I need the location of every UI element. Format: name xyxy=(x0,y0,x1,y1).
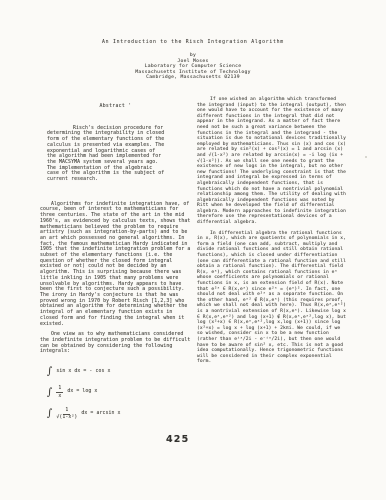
equation-sin: ∫ sin x dx = - cos x xyxy=(47,366,191,377)
paragraph-integration-history: Algorithms for indefinite integration ha… xyxy=(40,202,191,327)
two-column-body: Abstract ' Risch's decision procedure fo… xyxy=(40,95,346,420)
affiliation-city: Cambridge, Massachusetts 02139 xyxy=(0,75,386,81)
abstract-heading: Abstract ' xyxy=(40,104,191,110)
scan-speck xyxy=(365,156,367,158)
fraction-denominator: x xyxy=(58,393,61,399)
equation-arcsin: ∫ 1 √(1-x²) dx = arcsin x xyxy=(47,408,191,421)
integral-examples: ∫ sin x dx = - cos x ∫ 1 x dx = log x ∫ … xyxy=(47,366,191,420)
paragraph-one-view: One view as to why mathematicians consid… xyxy=(40,332,191,355)
fraction-numerator: 1 xyxy=(63,408,70,415)
integral-sign: ∫ xyxy=(47,366,52,377)
fraction: 1 √(1-x²) xyxy=(56,408,77,421)
paragraph-differential-algebra: In differential algebra the rational fun… xyxy=(197,231,346,365)
equation-log-body: dx = log x xyxy=(67,389,97,395)
byline: by Joel Moses Laboratory for Computer Sc… xyxy=(0,53,386,81)
equation-log: ∫ 1 x dx = log x xyxy=(47,386,191,399)
equation-sin-body: sin x dx = - cos x xyxy=(56,369,110,375)
integral-sign: ∫ xyxy=(47,387,52,398)
fraction-numerator: 1 xyxy=(56,386,63,393)
paper-title: An Introduction to the Risch Integration… xyxy=(0,40,386,45)
equation-arcsin-body: dx = arcsin x xyxy=(81,411,120,417)
paper-header: An Introduction to the Risch Integration… xyxy=(0,40,386,81)
scanned-paper-page: An Introduction to the Risch Integration… xyxy=(0,0,386,500)
abstract-text: Risch's decision procedure for determini… xyxy=(47,126,165,183)
left-column: Abstract ' Risch's decision procedure fo… xyxy=(40,95,191,420)
paragraph-algorithm-variance: If one wished an algorithm which transfo… xyxy=(197,97,346,226)
right-column: If one wished an algorithm which transfo… xyxy=(197,95,346,420)
fraction: 1 x xyxy=(56,386,63,399)
integral-sign: ∫ xyxy=(47,408,52,419)
fraction-denominator: √(1-x²) xyxy=(56,415,77,421)
page-number: 425 xyxy=(166,434,189,445)
